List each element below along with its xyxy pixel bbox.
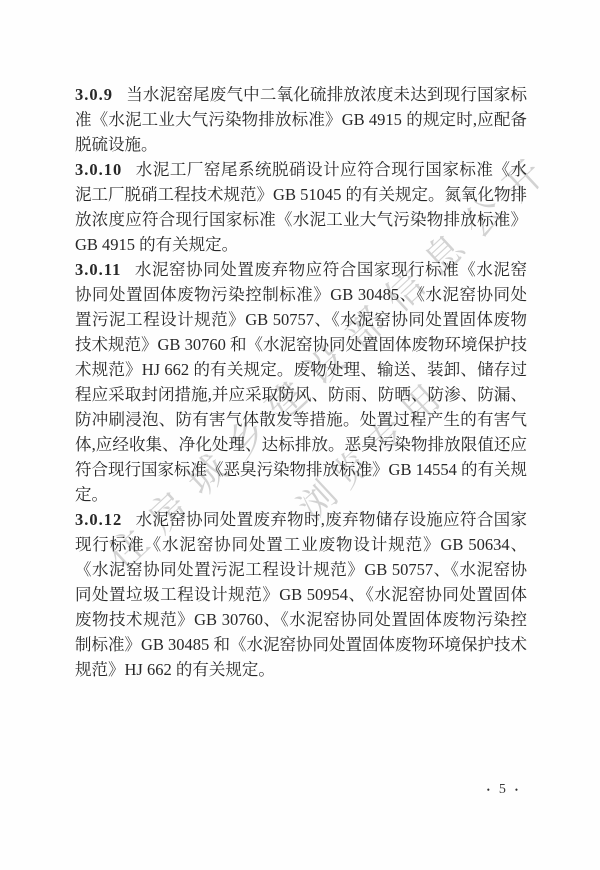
clause-text: 水泥工厂窑尾系统脱硝设计应符合现行国家标准《水泥工厂脱硝工程技术规范》GB 51…: [75, 160, 527, 254]
footer-dot-right: •: [515, 786, 518, 795]
clause-3-0-10: 3.0.10水泥工厂窑尾系统脱硝设计应符合现行国家标准《水泥工厂脱硝工程技术规范…: [75, 157, 527, 257]
clause-number: 3.0.10: [75, 160, 135, 179]
footer-dot-left: •: [487, 786, 490, 795]
document-page: 住房城乡建设部信息公开 浏览专用 3.0.9当水泥窑尾废气中二氧化硫排放浓度未达…: [0, 0, 600, 870]
clause-text: 水泥窑协同处置废弃物应符合国家现行标准《水泥窑协同处置固体废物污染控制标准》GB…: [75, 260, 527, 504]
clause-text: 水泥窑协同处置废弃物时,废弃物储存设施应符合国家现行标准《水泥窑协同处置工业废物…: [75, 510, 527, 679]
clause-number: 3.0.12: [75, 510, 135, 529]
clause-number: 3.0.11: [75, 260, 134, 279]
clause-3-0-9: 3.0.9当水泥窑尾废气中二氧化硫排放浓度未达到现行国家标准《水泥工业大气污染物…: [75, 82, 527, 157]
page-footer: • 5 •: [487, 782, 518, 798]
document-body: 3.0.9当水泥窑尾废气中二氧化硫排放浓度未达到现行国家标准《水泥工业大气污染物…: [75, 82, 527, 682]
clause-3-0-11: 3.0.11水泥窑协同处置废弃物应符合国家现行标准《水泥窑协同处置固体废物污染控…: [75, 257, 527, 507]
clause-text: 当水泥窑尾废气中二氧化硫排放浓度未达到现行国家标准《水泥工业大气污染物排放标准》…: [75, 85, 527, 154]
clause-3-0-12: 3.0.12水泥窑协同处置废弃物时,废弃物储存设施应符合国家现行标准《水泥窑协同…: [75, 507, 527, 682]
clause-number: 3.0.9: [75, 85, 126, 104]
page-number: 5: [499, 782, 506, 798]
